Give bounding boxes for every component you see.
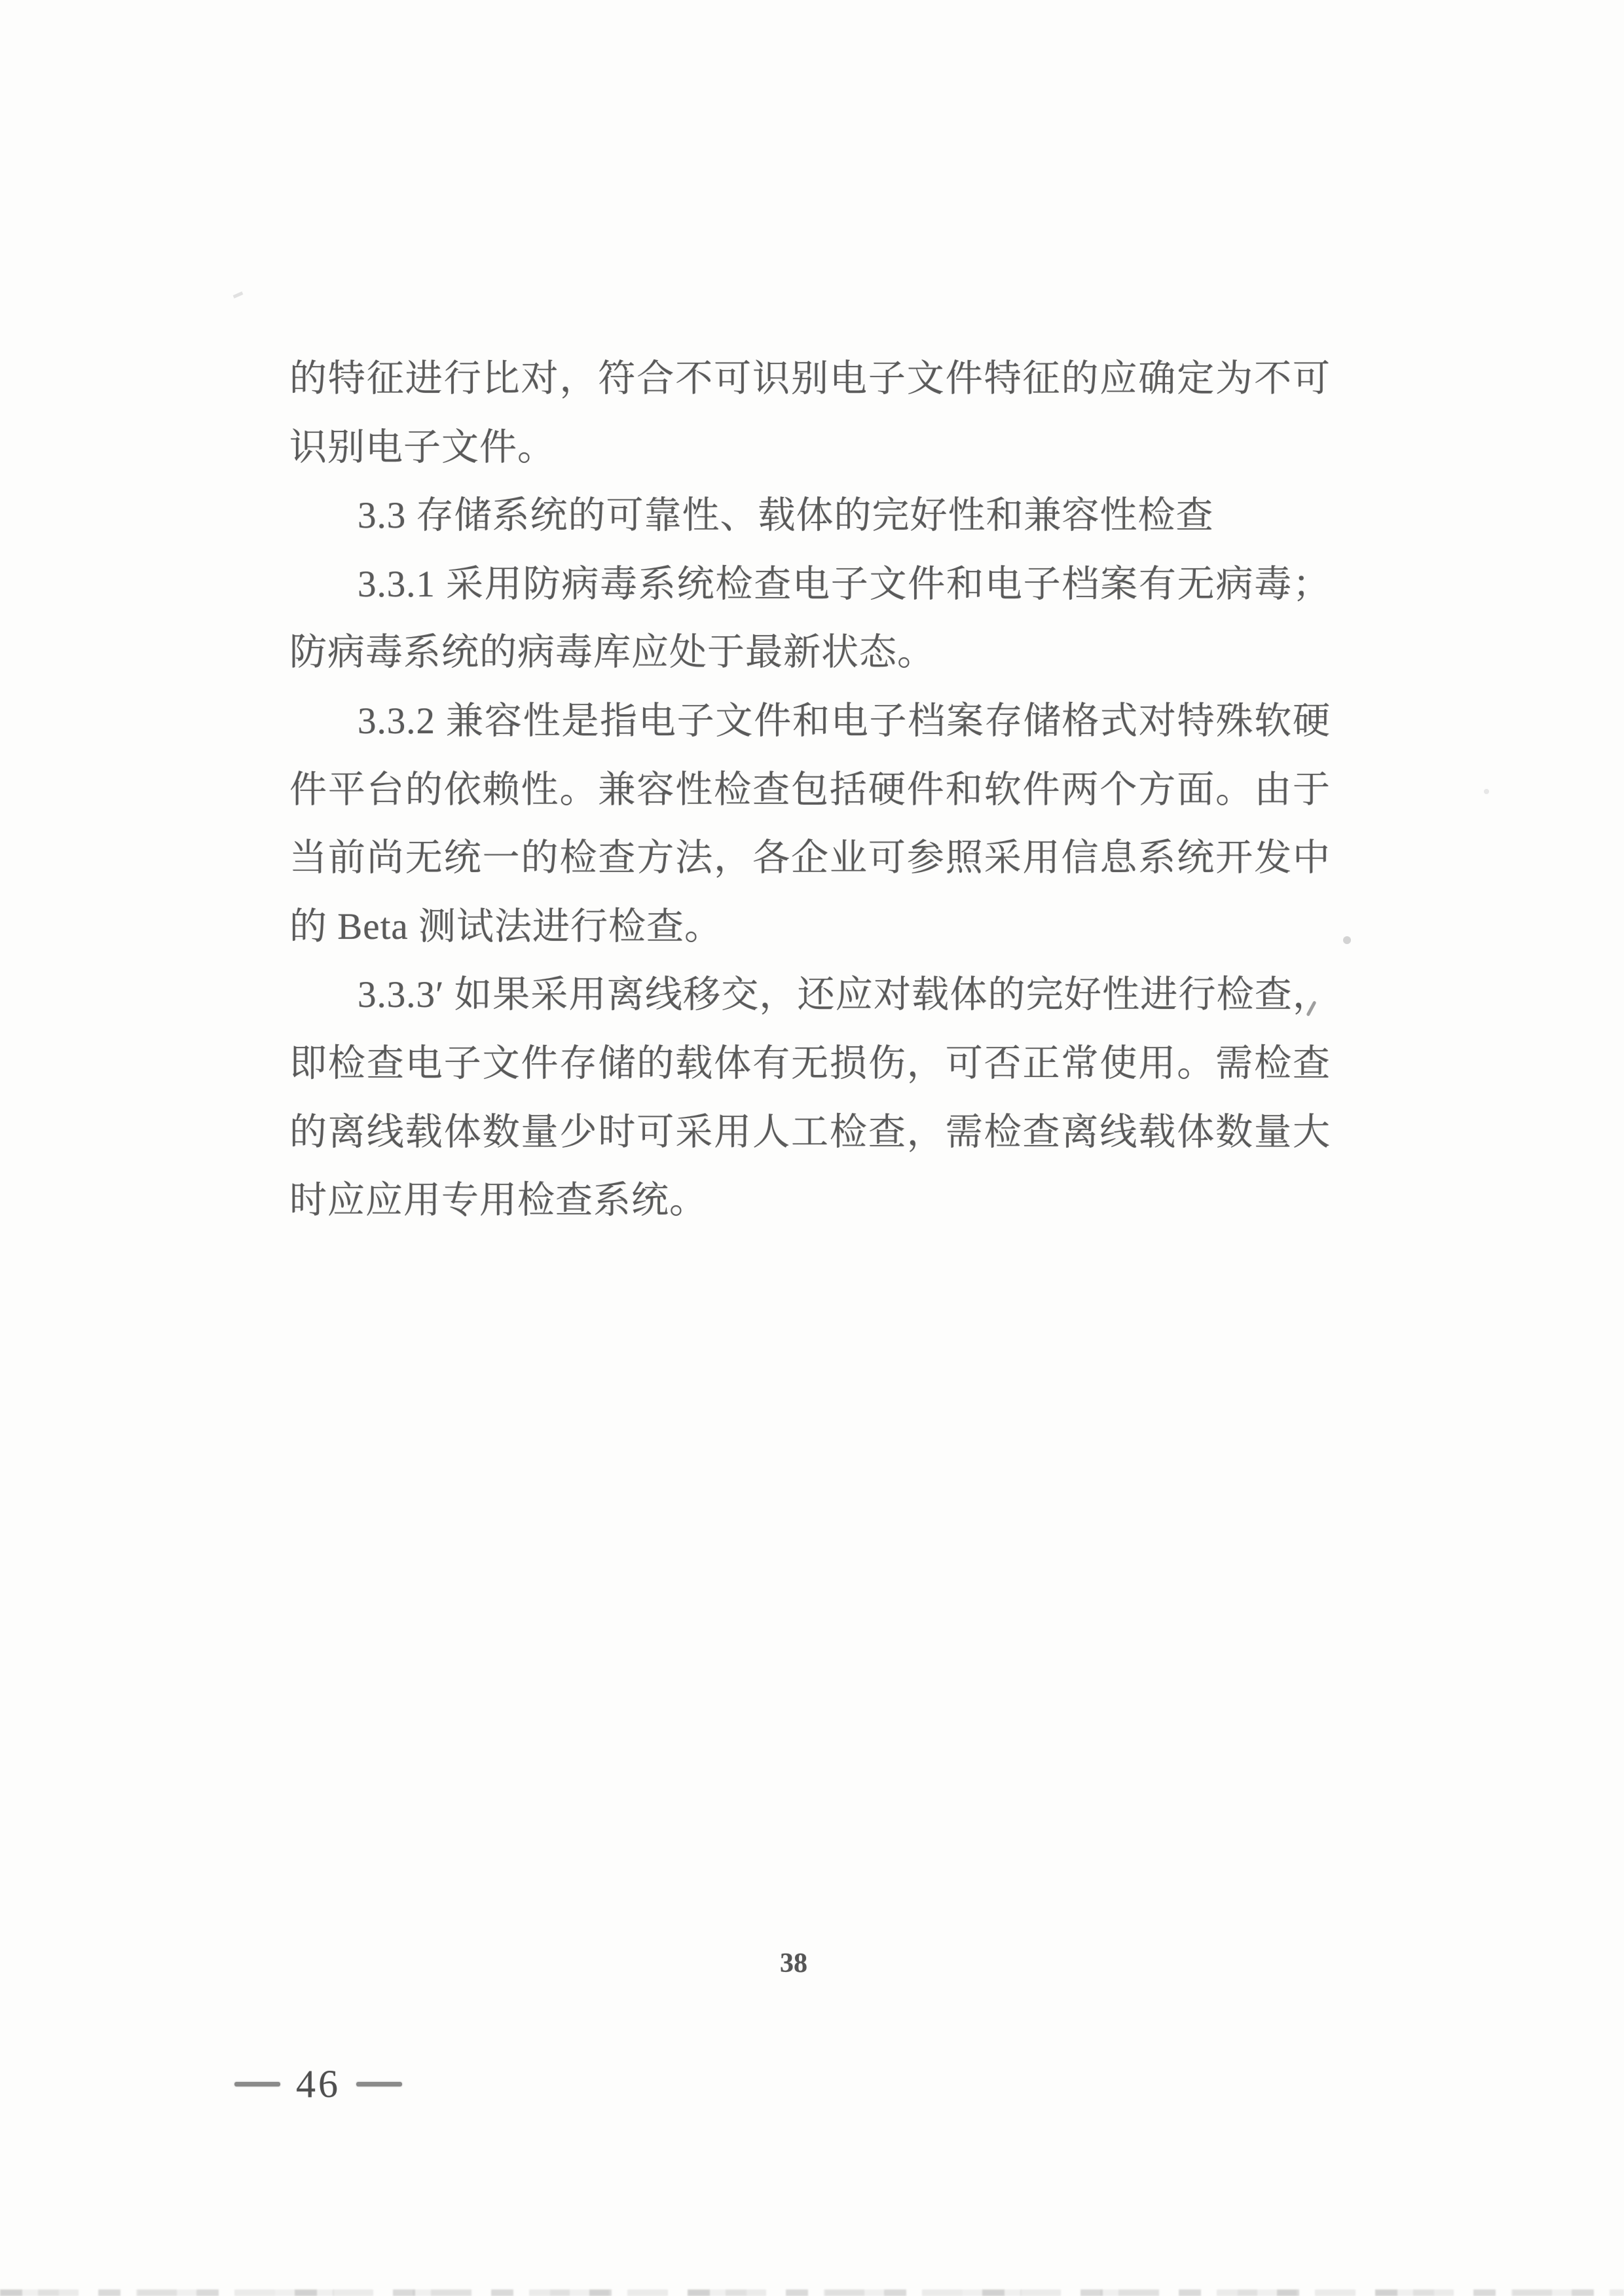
scan-artifact-dot xyxy=(1343,936,1351,944)
text-line-6: 3.3.2 兼容性是指电子文件和电子档案存储格式对特殊软硬 xyxy=(289,697,1331,746)
text-line-13: 时应应用专用检查系统。 xyxy=(289,1176,1331,1225)
text-line-4: 3.3.1 采用防病毒系统检查电子文件和电子档案有无病毒； xyxy=(289,560,1331,609)
text-line-11: 即检查电子文件存储的载体有无损伤，可否正常使用。需检查 xyxy=(289,1040,1331,1088)
text-line-9: 的 Beta 测试法进行检查。 xyxy=(289,903,1331,951)
scan-noise-strip xyxy=(0,2289,1624,2296)
footer-page-number: 46 xyxy=(234,2062,402,2105)
scan-artifact-speck xyxy=(233,291,244,299)
text-line-8: 当前尚无统一的检查方法，各企业可参照采用信息系统开发中 xyxy=(289,834,1331,883)
scan-artifact-speck xyxy=(1484,789,1489,794)
footer-right-dash xyxy=(356,2082,402,2086)
text-line-3: 3.3 存储系统的可靠性、载体的完好性和兼容性检查 xyxy=(289,492,1331,540)
document-body: 的特征进行比对，符合不可识别电子文件特征的应确定为不可识别电子文件。3.3 存储… xyxy=(289,355,1331,1285)
scanned-page: 的特征进行比对，符合不可识别电子文件特征的应确定为不可识别电子文件。3.3 存储… xyxy=(0,0,1624,2296)
inner-page-number: 38 xyxy=(767,1948,820,1979)
text-line-10: 3.3.3ʹ 如果采用离线移交，还应对载体的完好性进行检查， xyxy=(289,971,1331,1019)
text-line-5: 防病毒系统的病毒库应处于最新状态。 xyxy=(289,629,1331,677)
footer-left-dash xyxy=(234,2082,280,2086)
footer-page-number-value: 46 xyxy=(296,2062,341,2105)
text-line-12: 的离线载体数量少时可采用人工检查，需检查离线载体数量大 xyxy=(289,1108,1331,1157)
text-line-7: 件平台的依赖性。兼容性检查包括硬件和软件两个方面。由于 xyxy=(289,766,1331,814)
text-line-1: 的特征进行比对，符合不可识别电子文件特征的应确定为不可 xyxy=(289,355,1331,403)
text-line-2: 识别电子文件。 xyxy=(289,424,1331,472)
